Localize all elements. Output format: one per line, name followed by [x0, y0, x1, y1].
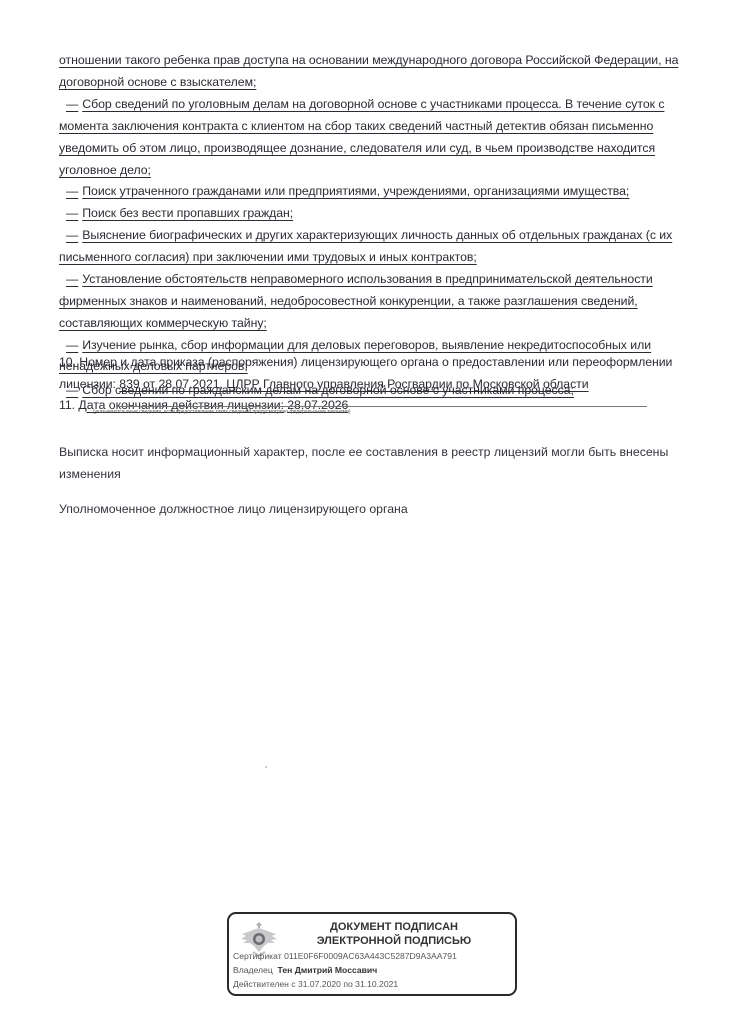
activity-text-line: уведомить об этом лицо, производящее доз…: [59, 140, 655, 156]
certificate-label: Сертификат: [233, 951, 282, 961]
dash-bullet: —: [66, 97, 78, 111]
signatory-title: Уполномоченное должностное лицо лицензир…: [59, 501, 408, 517]
license-order-value: 839 от 28.07.2021, ЦЛРР Главного управле…: [119, 377, 588, 391]
activity-text-line: фирменных знаков и наименований, недобро…: [59, 293, 638, 309]
scan-speck: [265, 766, 267, 768]
dash-bullet: —: [66, 184, 78, 198]
activity-market-research: —Изучение рынка, сбор информации для дел…: [59, 337, 651, 353]
activity-text: Выяснение биографических и других характ…: [82, 228, 672, 242]
activity-text-line: составляющих коммерческую тайну;: [59, 315, 267, 331]
stamp-title: ДОКУМЕНТ ПОДПИСАН ЭЛЕКТРОННОЙ ПОДПИСЬЮ: [289, 920, 499, 948]
activity-lost-property: —Поиск утраченного гражданами или предпр…: [59, 183, 629, 199]
activity-continued-line-1: отношении такого ребенка прав доступа на…: [59, 52, 678, 68]
owner-label: Владелец: [233, 965, 273, 975]
activity-text-line: письменного согласия) при заключении ими…: [59, 249, 477, 265]
activity-text-line: момента заключения контракта с клиентом …: [59, 118, 653, 134]
item-11-prefix: 11. Д: [59, 398, 87, 412]
activity-biographic-data: —Выяснение биографических и других харак…: [59, 227, 672, 243]
dash-bullet: —: [66, 272, 78, 286]
activity-continued-line-2: договорной основе с взыскателем;: [59, 74, 256, 90]
activity-text: Поиск без вести пропавших граждан;: [82, 206, 293, 220]
notice-line-1: Выписка носит информационный характер, п…: [59, 444, 668, 460]
item-10-label: лицензии:: [59, 377, 116, 391]
stamp-title-line-1: ДОКУМЕНТ ПОДПИСАН: [289, 920, 499, 934]
activity-text: Сбор сведений по уголовным делам на дого…: [82, 97, 664, 111]
activity-text: Поиск утраченного гражданами или предпри…: [82, 184, 629, 198]
dash-bullet: —: [66, 228, 78, 242]
activity-missing-persons: —Поиск без вести пропавших граждан;: [59, 205, 293, 221]
owner-name: Тен Дмитрий Моссавич: [278, 965, 378, 975]
stamp-certificate: Сертификат 011E0F6F0009AC63A443C5287D9A3…: [233, 951, 457, 962]
activity-trademarks: —Установление обстоятельств неправомерно…: [59, 271, 653, 287]
item-10-label-line-1: 10. Номер и дата приказа (распоряжения) …: [59, 354, 672, 370]
activity-text-line: уголовное дело;: [59, 162, 151, 178]
item-11-footnote: (указываются иные сведения, если предост…: [93, 409, 351, 415]
dash-bullet: —: [66, 206, 78, 220]
stamp-title-line-2: ЭЛЕКТРОННОЙ ПОДПИСЬЮ: [289, 934, 499, 948]
stamp-owner: Владелец Тен Дмитрий Моссавич: [233, 965, 377, 976]
certificate-number: 011E0F6F0009AC63A443C5287D9A3AA791: [284, 951, 457, 961]
item-11-underline: [116, 406, 647, 407]
stamp-validity: Действителен с 31.07.2020 по 31.10.2021: [233, 979, 398, 990]
dash-bullet: —: [66, 338, 78, 352]
item-10-label-line-2: лицензии: 839 от 28.07.2021, ЦЛРР Главно…: [59, 376, 589, 392]
notice-line-2: изменения: [59, 466, 121, 482]
electronic-signature-stamp: ДОКУМЕНТ ПОДПИСАН ЭЛЕКТРОННОЙ ПОДПИСЬЮ С…: [227, 912, 517, 996]
activity-text: Изучение рынка, сбор информации для дело…: [82, 338, 651, 352]
activity-criminal-cases: —Сбор сведений по уголовным делам на дог…: [59, 96, 664, 112]
activity-text: Установление обстоятельств неправомерног…: [82, 272, 652, 286]
